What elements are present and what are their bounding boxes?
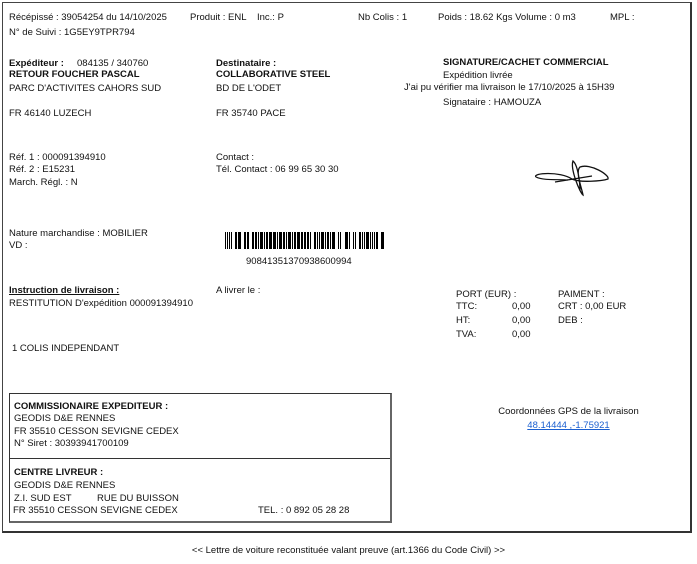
signature-title: SIGNATURE/CACHET COMMERCIAL [443, 57, 609, 68]
handwritten-signature-icon [530, 155, 620, 200]
valeur-declaree: VD : [9, 240, 27, 251]
port-ttc-label: TTC: [456, 301, 477, 312]
instruction-text: RESTITUTION D'expédition 000091394910 [9, 298, 193, 309]
ref-1: Réf. 1 : 000091394910 [9, 152, 106, 163]
port-tva-value: 0,00 [512, 329, 531, 340]
colis-independant: 1 COLIS INDEPENDANT [12, 343, 119, 354]
destinataire-label: Destinataire : [216, 58, 276, 69]
port-label: PORT (EUR) : [456, 289, 516, 300]
box-divider [10, 458, 390, 459]
paiement-deb: DEB : [558, 315, 583, 326]
contact-tel: Tél. Contact : 06 99 65 30 30 [216, 164, 339, 175]
instruction-label: Instruction de livraison : [9, 285, 119, 296]
centre-zone: Z.I. SUD EST [14, 493, 72, 504]
nature-marchandise: Nature marchandise : MOBILIER [9, 228, 148, 239]
ref-2: Réf. 2 : E15231 [9, 164, 75, 175]
nb-colis: Nb Colis : 1 [358, 12, 407, 23]
march-regl: March. Régl. : N [9, 177, 78, 188]
centre-city: FR 35510 CESSON SEVIGNE CEDEX [13, 505, 178, 516]
centre-title: CENTRE LIVREUR : [14, 467, 103, 478]
commissionaire-siret: N° Siret : 30393941700109 [14, 438, 129, 449]
expediteur-label: Expéditeur : [9, 58, 64, 69]
commissionaire-name: GEODIS D&E RENNES [14, 413, 115, 424]
commissionaire-city: FR 35510 CESSON SEVIGNE CEDEX [14, 426, 179, 437]
contact-label: Contact : [216, 152, 254, 163]
expediteur-name: RETOUR FOUCHER PASCAL [9, 69, 140, 80]
centre-street: RUE DU BUISSON [97, 493, 179, 504]
signataire: Signataire : HAMOUZA [443, 97, 541, 108]
destinataire-name: COLLABORATIVE STEEL [216, 69, 330, 80]
port-tva-label: TVA: [456, 329, 476, 340]
barcode-icon [224, 232, 384, 249]
recepisse: Récépissé : 39054254 du 14/10/2025 [9, 12, 167, 23]
mpl: MPL : [610, 12, 634, 23]
produit: Produit : ENL [190, 12, 247, 23]
centre-name: GEODIS D&E RENNES [14, 480, 115, 491]
expediteur-address: PARC D'ACTIVITES CAHORS SUD [9, 83, 161, 94]
barcode-number: 90841351370938600994 [246, 256, 352, 267]
port-ttc-value: 0,00 [512, 301, 531, 312]
gps-label: Coordonnées GPS de la livraison [440, 406, 697, 417]
footer-legal-note: << Lettre de voiture reconstituée valant… [0, 545, 697, 556]
commissionaire-title: COMMISSIONAIRE EXPEDITEUR : [14, 401, 168, 412]
paiement-label: PAIMENT : [558, 289, 605, 300]
numero-suivi: N° de Suivi : 1G5EY9TPR794 [9, 27, 135, 38]
gps-coordinates-link[interactable]: 48.14444 ,-1.75921 [527, 420, 609, 431]
incoterm: Inc.: P [257, 12, 284, 23]
poids-volume: Poids : 18.62 Kgs Volume : 0 m3 [438, 12, 576, 23]
port-ht-value: 0,00 [512, 315, 531, 326]
destinataire-address: BD DE L'ODET [216, 83, 281, 94]
centre-tel: TEL. : 0 892 05 28 28 [258, 505, 349, 516]
destinataire-city: FR 35740 PACE [216, 108, 286, 119]
a-livrer-le: A livrer le : [216, 285, 260, 296]
port-ht-label: HT: [456, 315, 470, 326]
paiement-crt: CRT : 0,00 EUR [558, 301, 626, 312]
expediteur-code: 084135 / 340760 [77, 58, 148, 69]
signature-status: Expédition livrée [443, 70, 513, 81]
expediteur-city: FR 46140 LUZECH [9, 108, 91, 119]
signature-verified: J'ai pu vérifier ma livraison le 17/10/2… [404, 82, 614, 93]
